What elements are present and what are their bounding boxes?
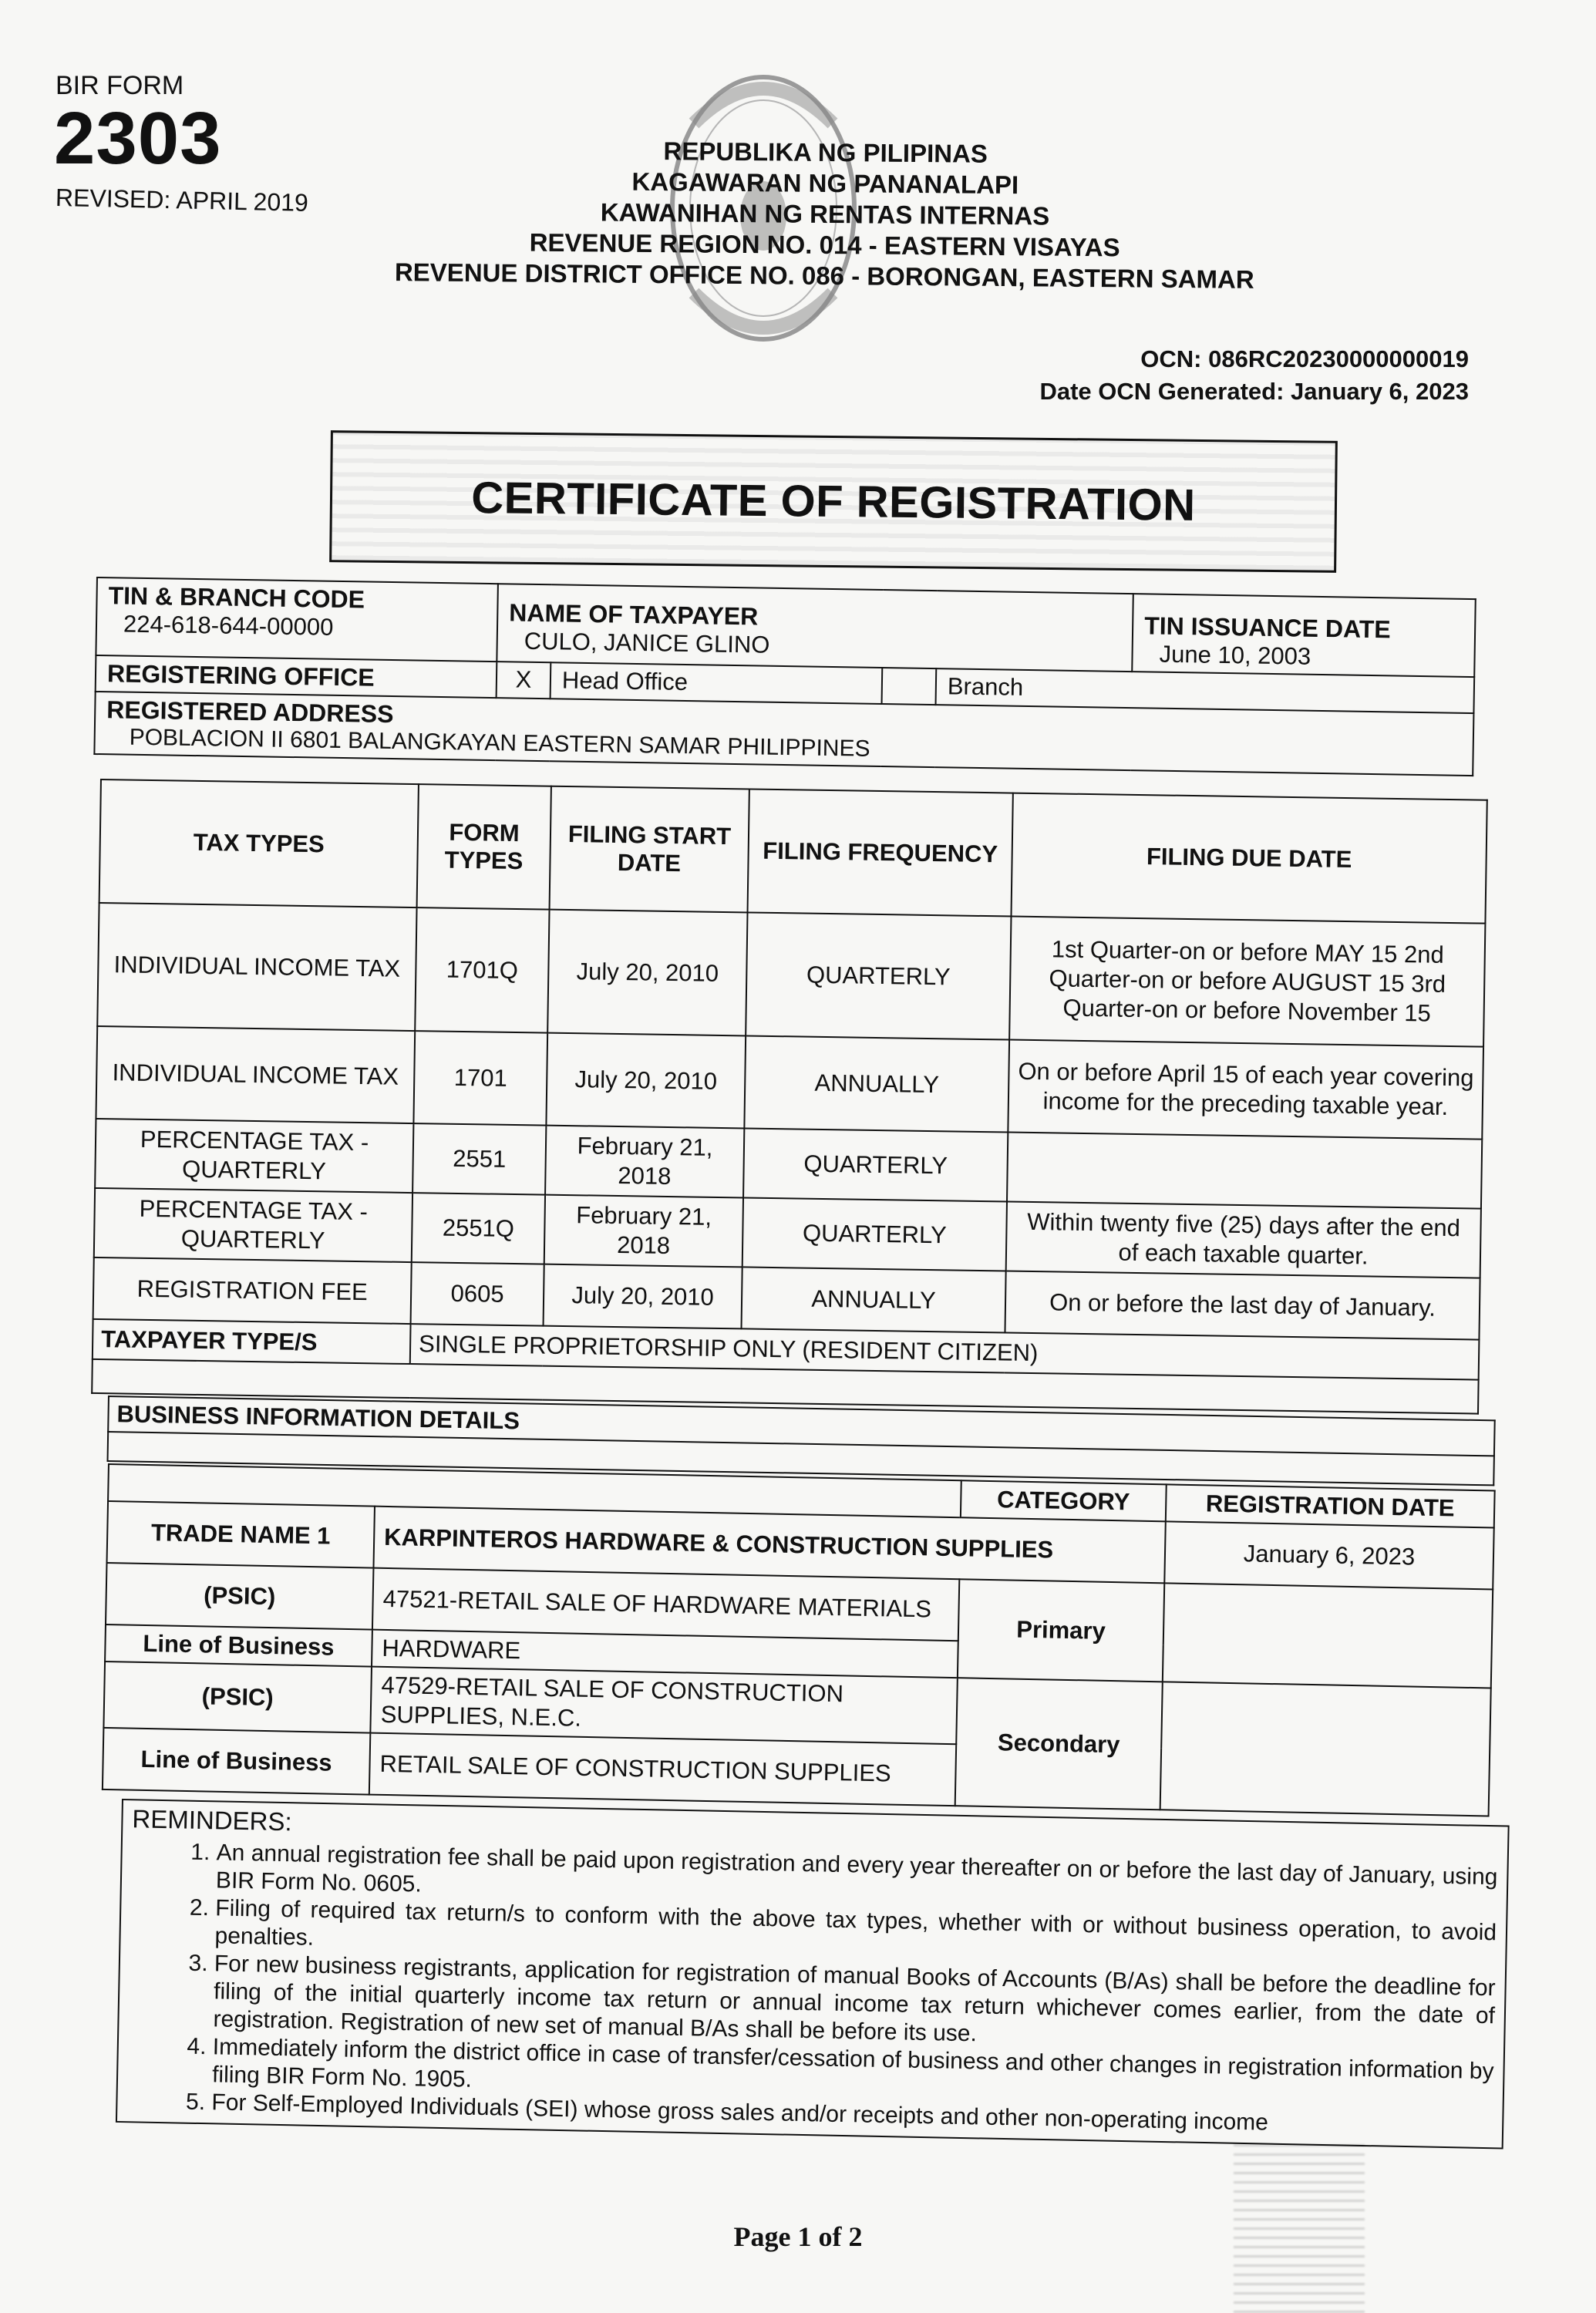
start-date-cell: July 20, 2010 (544, 1264, 742, 1329)
tax-types-table: TAX TYPES FORM TYPES FILING START DATE F… (91, 779, 1488, 1415)
frequency-cell: QUARTERLY (743, 1128, 1008, 1201)
head-office-checkbox: X (497, 662, 551, 699)
tin-issuance-cell: TIN ISSUANCE DATE June 10, 2003 (1132, 594, 1475, 677)
certificate-title: CERTIFICATE OF REGISTRATION (471, 472, 1196, 531)
tax-type-cell: REGISTRATION FEE (93, 1258, 412, 1324)
business-info-table: CATEGORY REGISTRATION DATE TRADE NAME 1 … (102, 1463, 1496, 1816)
form-type-cell: 2551 (412, 1123, 546, 1195)
category-header: CATEGORY (961, 1480, 1167, 1521)
due-date-cell: On or before April 15 of each year cover… (1008, 1040, 1483, 1140)
frequency-cell: QUARTERLY (746, 912, 1011, 1039)
trade-name-label: TRADE NAME 1 (107, 1501, 375, 1568)
table-row: INDIVIDUAL INCOME TAX 1701Q July 20, 201… (97, 903, 1485, 1047)
registration-date-header: REGISTRATION DATE (1166, 1484, 1495, 1527)
taxpayer-name-cell: NAME OF TAXPAYER CULO, JANICE GLINO (497, 584, 1133, 672)
tin-value: 224-618-644-00000 (108, 610, 487, 644)
line-of-business-value: RETAIL SALE OF CONSTRUCTION SUPPLIES (369, 1733, 956, 1806)
registration-date-value: January 6, 2023 (1164, 1521, 1493, 1589)
ocn-number: OCN: 086RC20230000000019 (1039, 343, 1469, 375)
tin-issuance-label: TIN ISSUANCE DATE (1144, 611, 1463, 645)
tin-issuance-value: June 10, 2003 (1143, 640, 1463, 672)
form-revision-date: REVISED: APRIL 2019 (56, 183, 309, 217)
form-number: 2303 (54, 102, 222, 176)
due-date-cell: 1st Quarter-on or before MAY 15 2nd Quar… (1009, 917, 1485, 1047)
tax-type-cell: PERCENTAGE TAX - QUARTERLY (95, 1119, 413, 1193)
line-of-business-label: Line of Business (105, 1624, 372, 1667)
agency-header: REPUBLIKA NG PILIPINAS KAGAWARAN NG PANA… (323, 133, 1327, 295)
form-type-cell: 1701 (413, 1031, 547, 1126)
head-office-label: Head Office (551, 662, 883, 704)
frequency-cell: ANNUALLY (744, 1035, 1009, 1132)
due-date-cell (1007, 1133, 1482, 1209)
due-date-cell: On or before the last day of January. (1005, 1271, 1480, 1339)
header-filing-due-date: FILING DUE DATE (1011, 793, 1487, 924)
start-date-cell: February 21, 2018 (544, 1195, 743, 1268)
start-date-cell: July 20, 2010 (547, 910, 747, 1036)
tax-type-cell: INDIVIDUAL INCOME TAX (96, 1026, 415, 1123)
line-of-business-label: Line of Business (103, 1728, 370, 1795)
psic-label: (PSIC) (103, 1662, 372, 1733)
reminders-list: An annual registration fee shall be paid… (126, 1837, 1498, 2141)
tax-type-cell: PERCENTAGE TAX - QUARTERLY (94, 1188, 412, 1262)
header-filing-frequency: FILING FREQUENCY (748, 789, 1013, 916)
branch-checkbox (882, 668, 937, 705)
header-form-types: FORM TYPES (417, 784, 551, 910)
psic-value: 47529-RETAIL SALE OF CONSTRUCTION SUPPLI… (370, 1667, 958, 1745)
taxpayer-type-label: TAXPAYER TYPE/S (93, 1319, 411, 1364)
registering-office-label: REGISTERING OFFICE (96, 655, 497, 698)
tax-type-cell: INDIVIDUAL INCOME TAX (97, 903, 416, 1031)
header-tax-types: TAX TYPES (99, 779, 419, 907)
frequency-cell: ANNUALLY (742, 1267, 1006, 1332)
ocn-block: OCN: 086RC20230000000019 Date OCN Genera… (1039, 343, 1469, 408)
ocn-generated-date: Date OCN Generated: January 6, 2023 (1039, 375, 1469, 408)
blank-cell (1160, 1682, 1491, 1816)
page-number: Page 1 of 2 (0, 2220, 1596, 2253)
psic-label: (PSIC) (106, 1563, 373, 1630)
reminders-box: REMINDERS: An annual registration fee sh… (116, 1799, 1510, 2149)
form-type-cell: 0605 (411, 1262, 544, 1326)
form-type-cell: 2551Q (412, 1193, 545, 1264)
start-date-cell: February 21, 2018 (545, 1126, 744, 1198)
certificate-title-box: CERTIFICATE OF REGISTRATION (329, 430, 1338, 573)
header-filing-start-date: FILING START DATE (550, 786, 749, 913)
psic-value: 47521-RETAIL SALE OF HARDWARE MATERIALS (372, 1568, 959, 1641)
start-date-cell: July 20, 2010 (546, 1033, 746, 1129)
due-date-cell: Within twenty five (25) days after the e… (1006, 1202, 1481, 1278)
form-type-cell: 1701Q (415, 907, 549, 1033)
category-value: Primary (958, 1579, 1164, 1682)
frequency-cell: QUARTERLY (742, 1197, 1007, 1271)
blank-cell (1163, 1583, 1493, 1688)
tin-cell: TIN & BRANCH CODE 224-618-644-00000 (96, 577, 498, 662)
category-value: Secondary (955, 1678, 1163, 1810)
taxpayer-info-table: TIN & BRANCH CODE 224-618-644-00000 NAME… (93, 577, 1476, 776)
